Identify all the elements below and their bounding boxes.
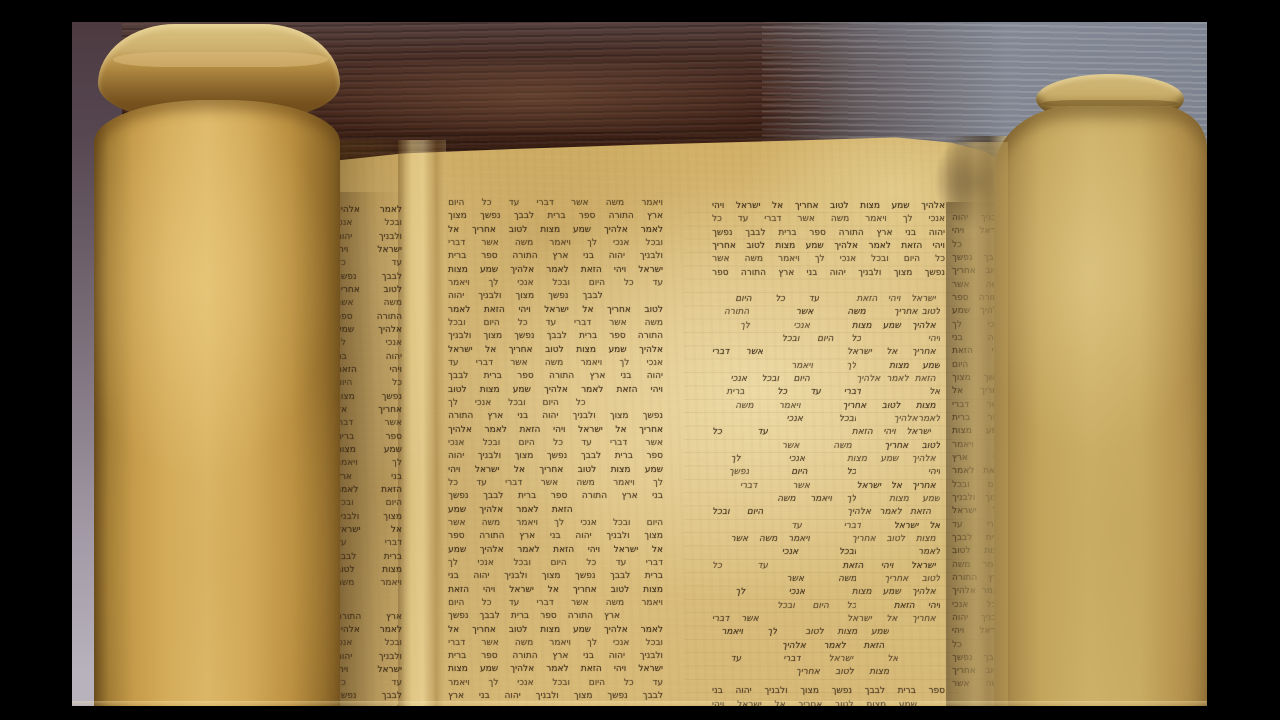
song-text-row: מצותלטובאחריךויאמרמשה (712, 400, 945, 413)
song-text-segment: שמעמצות (889, 360, 940, 373)
hebrew-word: ולבניך (606, 530, 629, 543)
hebrew-word: מצוך (644, 530, 663, 543)
hebrew-word: היום (904, 253, 920, 266)
hebrew-word: מצוך (483, 330, 502, 343)
song-text-segment: אלהיךשמעמצות (852, 320, 936, 333)
hebrew-word: שמע (880, 453, 898, 466)
hebrew-word: הזאת (484, 304, 505, 317)
hebrew-word: אנכי (793, 320, 809, 333)
hebrew-word: בני (448, 570, 459, 583)
hebrew-word: משה (847, 306, 865, 319)
hebrew-word: אלהיך (604, 224, 628, 237)
hebrew-word: כל (712, 426, 722, 439)
hebrew-word: אלהיך (912, 320, 936, 333)
scroll-text-line: התורהספר (336, 311, 402, 324)
photo-stage: לאמראלהיךובכלאנכיולבניךיהוהישראלויהיעדכל… (0, 0, 1280, 720)
scroll-text-line: יהוהבניארץהתורהספרבריתלבבך (448, 370, 663, 383)
hebrew-word: כל (712, 213, 722, 226)
hebrew-word: אנכי (647, 357, 663, 370)
scroll-text-line: ארץהתורה (336, 611, 402, 624)
song-text-segment: נפשך (712, 466, 749, 479)
hebrew-word: לאמר (918, 413, 940, 426)
hebrew-word: התורה (741, 267, 766, 280)
hebrew-word: אנכי (475, 397, 491, 410)
hebrew-word: ולבניך (858, 267, 881, 280)
hebrew-word: דברי (740, 480, 757, 493)
hebrew-word: אחריך (884, 573, 908, 586)
hebrew-word: לאמר (641, 224, 663, 237)
hebrew-word: אחריך (472, 224, 496, 237)
song-text-row: ישראלויהיהזאתעדכל (712, 426, 945, 439)
hebrew-word: שמע (384, 444, 402, 457)
hebrew-word: לבבך (382, 271, 402, 284)
hebrew-word: משה (777, 493, 795, 506)
hebrew-word: נפשך (643, 410, 663, 423)
hebrew-word: אשר (712, 253, 729, 266)
hebrew-word: מצוך (610, 410, 629, 423)
hebrew-word: אלהיך (782, 640, 806, 653)
hebrew-word: כל (448, 477, 458, 490)
scroll-text-line: לבבךנפשךמצוךולבניךיהוה (448, 290, 603, 303)
hebrew-word: הזאת (617, 384, 638, 397)
hebrew-word: אלהיך (834, 240, 858, 253)
hebrew-word: מצוך (383, 511, 402, 524)
hebrew-word: ברית (645, 570, 663, 583)
hebrew-word: דברי (537, 597, 554, 610)
hebrew-word: ויהי (928, 600, 940, 613)
scroll-text-line: ולבניךיהוהבניארץהתורהספרברית (448, 250, 663, 263)
hebrew-word: ישראל (544, 304, 569, 317)
right-scroll-roller (994, 106, 1207, 706)
scroll-text-line: בניארץ (336, 471, 402, 484)
hebrew-word: ויהי (518, 304, 530, 317)
hebrew-word: אשר (792, 480, 809, 493)
hebrew-word: אשר (646, 437, 663, 450)
scroll-text-line: נפשךמצוךולבניךיהוהבניארץהתורהספר (712, 267, 945, 280)
hebrew-word: אשר (797, 213, 814, 226)
hebrew-word: אשר (571, 597, 588, 610)
hebrew-word: לך (731, 453, 741, 466)
song-text-segment: מצותלטובאחריך (796, 666, 889, 679)
hebrew-word: הזאת (894, 600, 915, 613)
hebrew-word: בני (807, 267, 818, 280)
hebrew-word: ארץ (589, 370, 605, 383)
scroll-text-line: ולבניךיהוהבניארץהתורהספרברית (448, 650, 663, 663)
letterbox-bar-right (1207, 0, 1280, 720)
hebrew-word: לך (847, 360, 857, 373)
scroll-text-line: בניארץהתורהספרבריתלבבךנפשך (448, 490, 663, 503)
song-text-segment: לךויאמרמשה (777, 493, 856, 506)
hebrew-word: ויאמר (448, 277, 470, 290)
hebrew-word: שמע (573, 224, 591, 237)
hebrew-word: ובכל (782, 333, 800, 346)
song-text-row: לאמרובכלאנכי (712, 546, 945, 559)
hebrew-word: אלהיך (912, 586, 936, 599)
hebrew-word: ויאמר (810, 493, 832, 506)
song-text-segment: מצותלטובאחריך (852, 533, 936, 546)
hebrew-word: אל (514, 464, 525, 477)
hebrew-word: היום (817, 333, 833, 346)
hebrew-word: אנכי (613, 637, 629, 650)
hebrew-word: לבבך (547, 330, 567, 343)
song-text-segment: לטובאחריך (884, 573, 940, 586)
hebrew-word: אחריך (378, 404, 402, 417)
scroll-text-line: נפשךמצוך (336, 391, 402, 404)
song-text-row: אלישראלדבריעד (712, 653, 945, 666)
hebrew-word: נפשך (925, 267, 945, 280)
hebrew-word: היום (543, 397, 559, 410)
hebrew-word: התורה (512, 250, 537, 263)
hebrew-word: מצות (576, 344, 596, 357)
hebrew-word: ובכל (762, 373, 780, 386)
hebrew-word: דברי (505, 477, 522, 490)
hebrew-word: הזאת (910, 506, 931, 519)
hebrew-word: מצות (869, 666, 889, 679)
hebrew-word: לאמר (823, 640, 845, 653)
hebrew-word: ובכל (552, 277, 570, 290)
hebrew-word: עד (757, 560, 768, 573)
song-text-row: מצותלטובאחריך (712, 666, 945, 679)
hebrew-word: עד (652, 677, 663, 690)
hebrew-word: אל (929, 520, 940, 533)
hebrew-word: עד (616, 557, 627, 570)
hebrew-word: אלהיך (604, 624, 628, 637)
scroll-text-line: מצותלטוב (336, 564, 402, 577)
scroll-text-line: כלהיום (336, 377, 402, 390)
hebrew-word: אל (582, 304, 593, 317)
hebrew-word: כל (482, 597, 492, 610)
hebrew-word: אנכי (613, 237, 629, 250)
hebrew-word: משה (838, 573, 856, 586)
hebrew-word: אחריך (639, 424, 663, 437)
hebrew-word: אל (886, 346, 897, 359)
hebrew-word: אשר (741, 613, 758, 626)
song-text-segment: עדכל (712, 560, 768, 573)
hebrew-word: ברית (518, 490, 536, 503)
hebrew-word: כל (518, 317, 528, 330)
hebrew-word: שמע (448, 544, 466, 557)
letterbox-bar-bottom (0, 706, 1280, 720)
hebrew-word: לך (903, 213, 913, 226)
scroll-text-line: ויאמרמשהאשרדבריעדכלהיום (448, 197, 663, 210)
hebrew-word: ישראל (509, 584, 534, 597)
scroll-text-line: אחריךאלישראלויהיהזאתלאמראלהיך (448, 424, 663, 437)
hebrew-word: אשר (787, 573, 804, 586)
hebrew-word: משה (515, 237, 533, 250)
hebrew-word: ולבניך (379, 651, 402, 664)
hebrew-word: ויהי (483, 584, 495, 597)
hebrew-word: יהוה (609, 250, 625, 263)
scroll-text-line: אלהיךשמעמצותלטובאחריךאלישראלויהי (712, 200, 945, 213)
scroll-photo: לאמראלהיךובכלאנכיולבניךיהוהישראלויהיעדכל… (72, 22, 1207, 706)
hebrew-word: שמע (645, 464, 663, 477)
hebrew-word: לאמר (516, 504, 538, 517)
scroll-text-line: בריתלבבךנפשךמצוךולבניךיהוהבני (448, 570, 663, 583)
hebrew-word: ובכל (384, 637, 402, 650)
scroll-text-line: ובכלאנכילךויאמרמשהאשרדברי (448, 237, 663, 250)
hebrew-word: דברי (476, 357, 493, 370)
hebrew-word: נפשך (547, 450, 567, 463)
song-text-segment: מצותלטובאחריך (842, 400, 935, 413)
hebrew-word: מצוך (542, 570, 561, 583)
scroll-text-line: אשרדבריעדכלהיוםובכלאנכי (448, 437, 663, 450)
hebrew-word: כל (392, 377, 402, 390)
song-text-segment: אלישראל (829, 653, 899, 666)
hebrew-word: ישראל (475, 464, 500, 477)
hebrew-word: ישראל (448, 344, 473, 357)
hebrew-word: ספר (517, 370, 534, 383)
hebrew-word: אלהיך (510, 663, 534, 676)
hebrew-word: ישראל (638, 663, 663, 676)
hebrew-word: לבבך (483, 490, 503, 503)
scroll-text-line: ישראלויהי (336, 664, 402, 677)
hebrew-word: דברי (712, 346, 729, 359)
hebrew-word: יהוה (609, 650, 625, 663)
hebrew-word: נפשך (832, 685, 852, 698)
hebrew-word: עד (581, 437, 592, 450)
paragraph-gap (712, 280, 945, 293)
hebrew-word: דברי (844, 386, 861, 399)
hebrew-word: אשר (609, 317, 626, 330)
hebrew-word: דברי (646, 557, 663, 570)
hebrew-word: ויהי (614, 264, 626, 277)
scroll-text-line: הזאתלאמר (336, 484, 402, 497)
hebrew-word: אחריך (712, 240, 736, 253)
song-text-row: אלהיךשמעמצותאנכילך (712, 320, 945, 333)
song-text-row: ישראלויהיהזאתעדכלהיום (712, 293, 945, 306)
hebrew-word: ויאמר (865, 213, 887, 226)
hebrew-word: ויאמר (613, 477, 635, 490)
song-text-segment: ויהיהזאת (894, 600, 941, 613)
hebrew-word: יהוה (575, 530, 591, 543)
song-text-row: לטובאחריךמשהאשרהתורה (712, 306, 945, 319)
hebrew-word: אשר (571, 197, 588, 210)
hebrew-word: מצות (889, 360, 909, 373)
song-text-row: מצותלטובאחריךויאמרמשהאשר (712, 533, 945, 546)
scroll-text-line: משהאשר (336, 297, 402, 310)
hebrew-word: משה (735, 400, 753, 413)
hebrew-word: לאמר (869, 240, 891, 253)
hebrew-word: ובכל (839, 546, 857, 559)
hebrew-word: לטוב (886, 533, 905, 546)
hebrew-word: יהוה (830, 267, 846, 280)
hebrew-word: לאמר (517, 544, 539, 557)
hebrew-word: אחריך (795, 200, 819, 213)
scroll-text-line: אשרדברי (336, 417, 402, 430)
text-column-left-partial: לאמראלהיךובכלאנכיולבניךיהוהישראלויהיעדכל… (336, 204, 402, 706)
hebrew-word: היום (550, 557, 566, 570)
hebrew-word: לך (554, 517, 564, 530)
hebrew-word: התורה (839, 227, 864, 240)
hebrew-word: ויאמר (778, 253, 800, 266)
hebrew-word: לאמר (485, 424, 507, 437)
hebrew-word: ולבניך (448, 330, 471, 343)
hebrew-word: אשר (510, 357, 527, 370)
scroll-text-line: יהוהבניארץהתורהספרבריתלבבךנפשך (712, 227, 945, 240)
hebrew-word: ויהי (881, 560, 893, 573)
hebrew-word: כל (847, 466, 857, 479)
song-text-segment: כלהיוםובכל (777, 600, 856, 613)
hebrew-word: ויהי (928, 466, 940, 479)
hebrew-word: יהוה (647, 370, 663, 383)
hebrew-word: עד (509, 197, 520, 210)
hebrew-word: משה (833, 440, 851, 453)
hebrew-word: משה (545, 357, 563, 370)
scroll-text-line: מצוךולבניך (336, 511, 402, 524)
hebrew-word: משה (745, 253, 763, 266)
hebrew-word: היום (647, 517, 663, 530)
hebrew-word: ספר (609, 330, 626, 343)
hebrew-word: אלהיך (544, 384, 568, 397)
hebrew-word: לך (767, 626, 777, 639)
hebrew-word: ויהי (651, 384, 663, 397)
hebrew-word: כל (712, 560, 722, 573)
hebrew-word: עד (509, 597, 520, 610)
hebrew-word: אנכי (478, 557, 494, 570)
hebrew-word: עד (731, 653, 742, 666)
hebrew-word: ויאמר (549, 237, 571, 250)
hebrew-word: לך (587, 237, 597, 250)
hebrew-word: ישראל (377, 664, 402, 677)
hebrew-word: ויאמר (791, 360, 813, 373)
hebrew-word: נפשך (448, 610, 468, 623)
hebrew-word: ויהי (712, 200, 724, 213)
hebrew-word: לך (815, 253, 825, 266)
hebrew-word: ולבניך (379, 231, 402, 244)
letterbox-bar-left (0, 0, 72, 720)
scroll-text-line: ובכלאנכילךויאמרמשהאשרדברי (448, 637, 663, 650)
hebrew-word: שמע (448, 504, 466, 517)
hebrew-word: מצות (889, 493, 909, 506)
hebrew-word: אל (448, 224, 459, 237)
hebrew-word: אחריך (472, 624, 496, 637)
hebrew-word: נפשך (712, 227, 732, 240)
song-text-row: אחריךאלישראלאשרדברי (712, 613, 945, 626)
scroll-text-line: ישראלויהיהזאתלאמראלהיךשמעמצות (448, 264, 663, 277)
hebrew-word: ובכל (513, 557, 531, 570)
hebrew-word: כל (775, 293, 785, 306)
hebrew-word: ובכל (384, 217, 402, 230)
scroll-text-line: ובכלאנכי (336, 637, 402, 650)
song-text-row: הזאתלאמראלהיךהיוםובכלאנכי (712, 373, 945, 386)
hebrew-word: אנכי (386, 337, 402, 350)
hebrew-word: משה (645, 317, 663, 330)
hebrew-word: הזאת (552, 504, 573, 517)
hebrew-word: לך (653, 477, 663, 490)
song-text-row: הזאתלאמראלהיך (712, 640, 945, 653)
scroll-text-line: עדכלהיוםובכלאנכילךויאמר (448, 677, 663, 690)
hebrew-word: ובכל (483, 437, 501, 450)
song-text-row: ישראלויהיהזאתעדכל (712, 560, 945, 573)
scroll-text-line: לךויאמרמשהאשרדבריעדכל (448, 477, 663, 490)
hebrew-word: ובכל (777, 600, 795, 613)
hebrew-word: דברי (385, 537, 402, 550)
hebrew-word: היום (448, 597, 464, 610)
hebrew-word: לאמר (546, 663, 568, 676)
song-text-row: אחריךאלישראלאשרדברי (712, 480, 945, 493)
hebrew-word: ישראל (736, 200, 761, 213)
hebrew-word: משה (576, 477, 594, 490)
hebrew-word: אשר (448, 517, 465, 530)
hebrew-word: אל (548, 584, 559, 597)
song-text-row: אלדבריעדכלברית (712, 386, 945, 399)
scroll-text-line: דבריעדכלהיוםובכלאנכילך (448, 557, 663, 570)
hebrew-word: מצות (775, 240, 795, 253)
hebrew-word: הזאת (915, 373, 936, 386)
hebrew-word: ספר (928, 685, 945, 698)
hebrew-word: משה (606, 597, 624, 610)
hebrew-word: לך (489, 677, 499, 690)
hebrew-word: עד (757, 426, 768, 439)
hebrew-word: ישראל (894, 520, 919, 533)
hebrew-word: לאמר (879, 506, 901, 519)
hebrew-word: ברית (448, 650, 466, 663)
hebrew-word: דברי (574, 317, 591, 330)
hebrew-word: שמע (609, 344, 627, 357)
song-text-segment: אחריךאלישראל (856, 480, 935, 493)
scroll-text-line: לבבךנפשך (336, 271, 402, 284)
hebrew-word: ובכל (508, 397, 526, 410)
song-text-row: ויהיכלהיוםנפשך (712, 466, 945, 479)
hebrew-word: אשר (541, 477, 558, 490)
hebrew-word: בני (905, 227, 916, 240)
hebrew-word: התורה (609, 210, 634, 223)
scroll-text-line: ויהיהזאת (336, 364, 402, 377)
song-text-segment: ברית (712, 386, 745, 399)
hebrew-word: כל (482, 197, 492, 210)
hebrew-word: בני (621, 370, 632, 383)
hebrew-word: אל (929, 386, 940, 399)
scroll-text-line: מצותלטובאחריךאלישראלויהיהזאת (448, 584, 663, 597)
hebrew-word: היום (747, 506, 763, 519)
hebrew-word: אנכי (517, 277, 533, 290)
hebrew-word: לבבך (582, 290, 602, 303)
hebrew-word: אנכי (782, 546, 798, 559)
hebrew-word: ארץ (877, 227, 893, 240)
hebrew-word: התורה (448, 410, 473, 423)
hebrew-word: ברית (726, 386, 744, 399)
hebrew-word: מצות (540, 624, 560, 637)
hebrew-word: היום (386, 497, 402, 510)
hebrew-word: לאמר (641, 624, 663, 637)
hebrew-word: לבבך (865, 685, 885, 698)
hebrew-word: אנכי (448, 437, 464, 450)
song-text-segment: הזאתלאמראלהיך (847, 506, 931, 519)
song-text-segment: הזאתלאמראלהיך (856, 373, 935, 386)
hebrew-word: אחריך (912, 346, 936, 359)
hebrew-word: ובכל (448, 317, 466, 330)
hebrew-word: יהוה (448, 450, 464, 463)
hebrew-word: נפשך (448, 490, 468, 503)
song-text-segment: שמעמצותלטוב (805, 626, 889, 639)
hebrew-word: ספר (579, 210, 596, 223)
hebrew-word: הזאת (581, 663, 602, 676)
hebrew-word: מצות (448, 264, 468, 277)
hebrew-word: ספר (481, 650, 498, 663)
scroll-text-line: היוםובכל (336, 497, 402, 510)
hebrew-word: אחריך (509, 344, 533, 357)
hebrew-word: אל (652, 544, 663, 557)
hebrew-word: אלהיך (856, 373, 880, 386)
hebrew-word: מצות (480, 384, 500, 397)
scroll-text-line: מצוךולבניךיהוהבניארץהתורהספר (448, 530, 663, 543)
page-curl-highlight (948, 142, 1008, 706)
paragraph-gap (336, 591, 402, 611)
hebrew-word: כל (935, 253, 945, 266)
hebrew-word: אלהיך (847, 506, 871, 519)
hebrew-word: ישראל (911, 560, 936, 573)
song-text-segment: אלהיךשמעמצות (852, 586, 936, 599)
